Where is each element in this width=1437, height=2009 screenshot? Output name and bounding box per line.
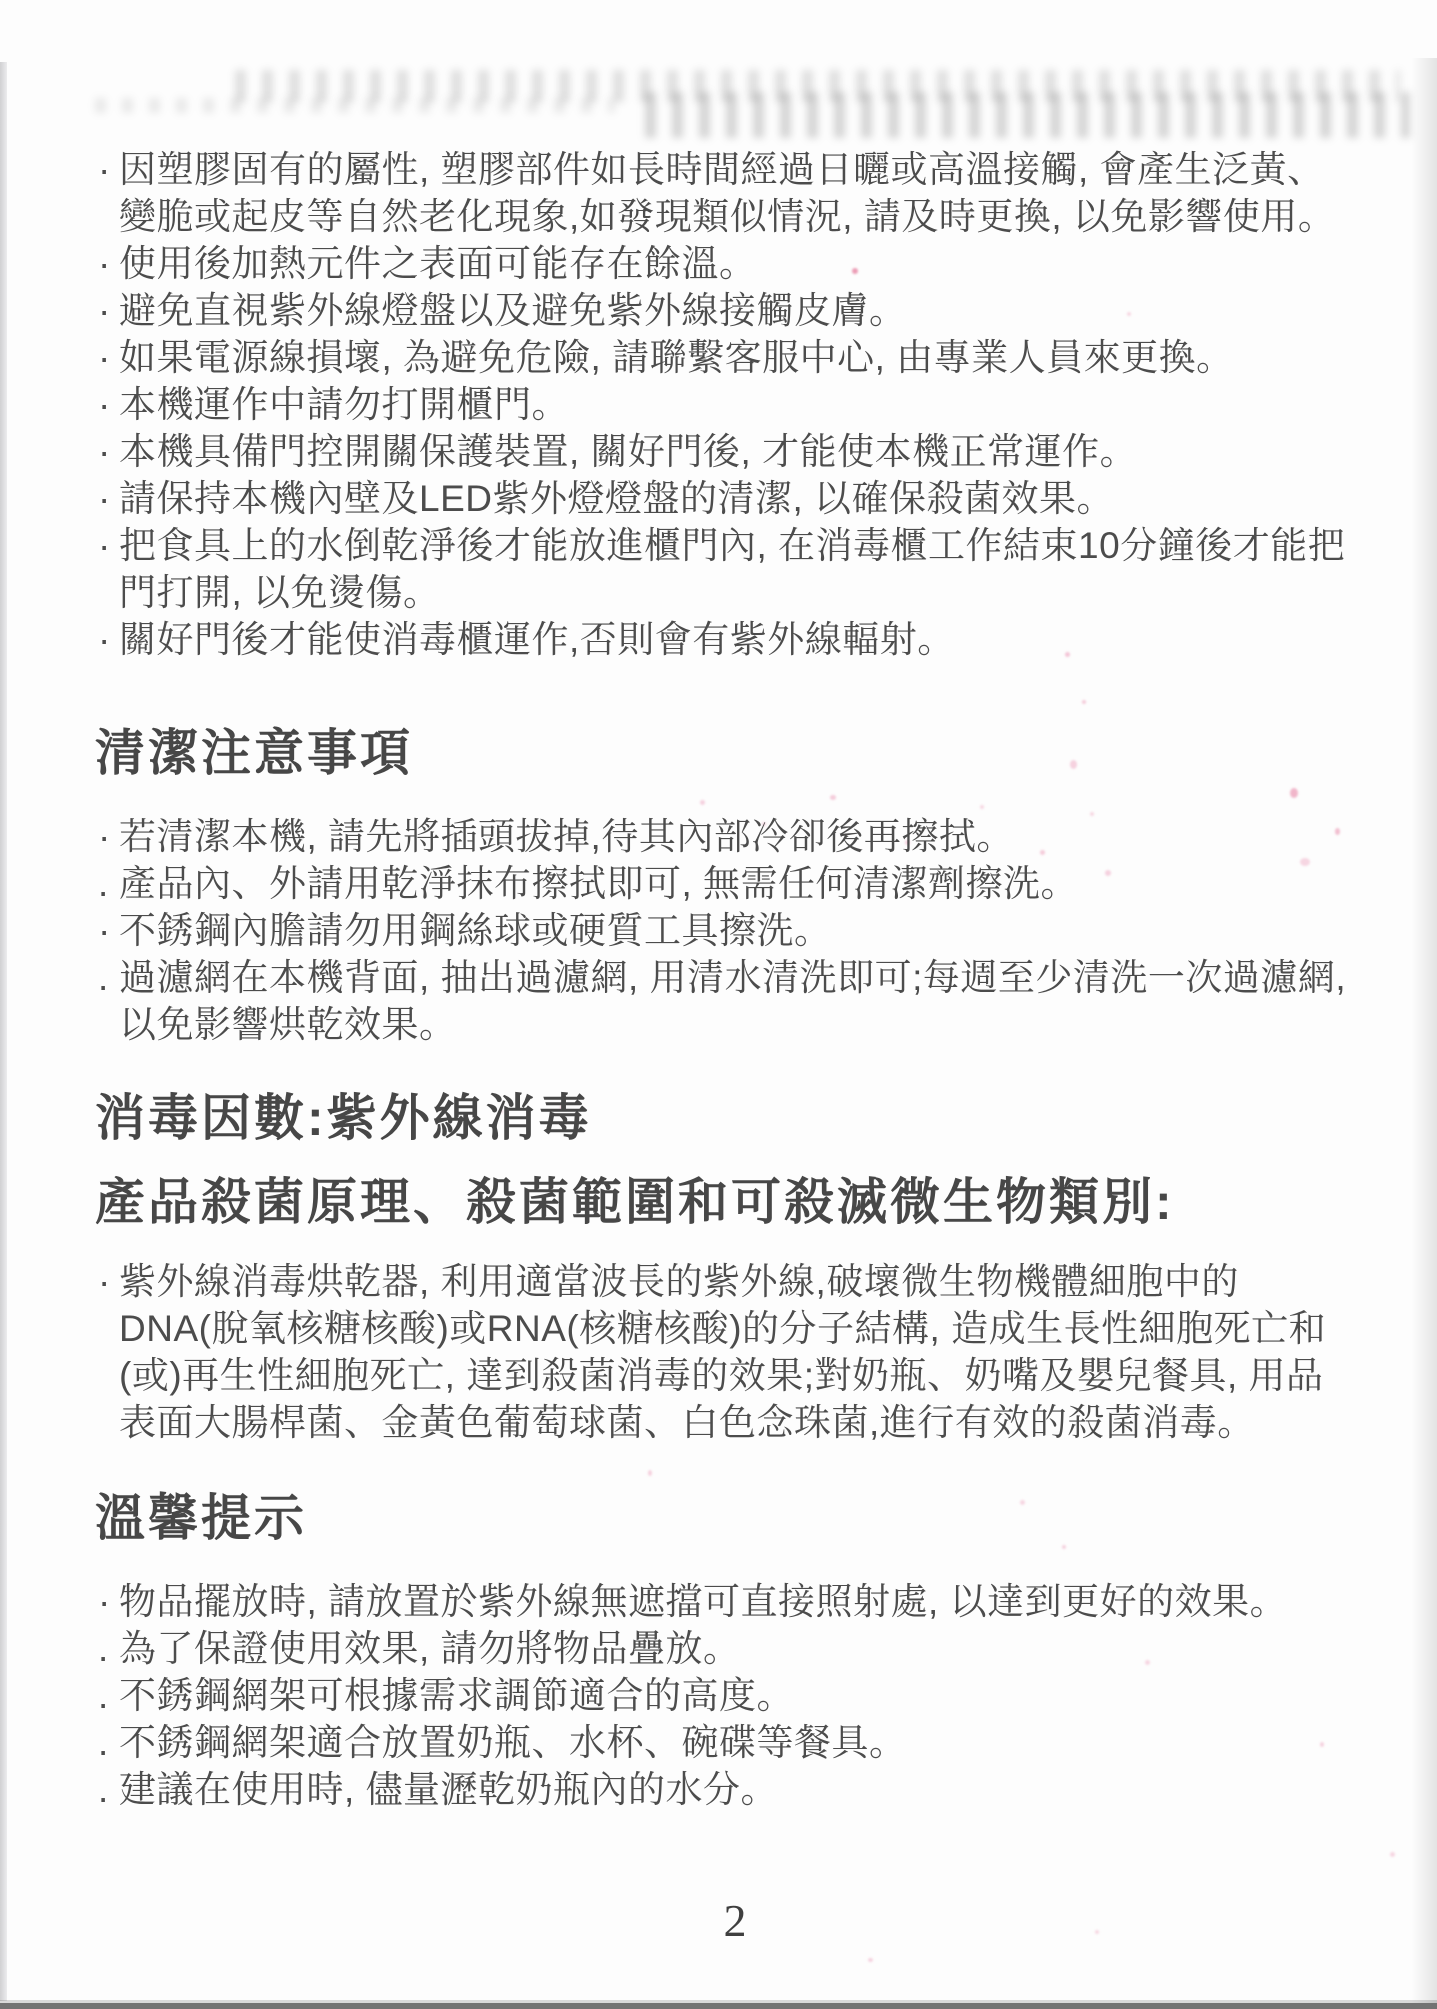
- bullet: .: [98, 954, 109, 1001]
- tip-item: ·物品擺放時, 請放置於紫外線無遮擋可直接照射處, 以達到更好的效果。: [95, 1578, 1353, 1625]
- bullet: ·: [98, 813, 111, 860]
- bullet: .: [98, 860, 109, 907]
- cleaning-note-item: ·若清潔本機, 請先將插頭拔掉,待其內部冷卻後再擦拭。: [95, 813, 1353, 860]
- cleaning-note-item: ·不銹鋼內膽請勿用鋼絲球或硬質工具擦洗。: [95, 907, 1353, 954]
- manual-content: ·因塑膠固有的屬性, 塑膠部件如長時間經過日曬或高溫接觸, 會產生泛黃、變脆或起…: [95, 146, 1353, 1813]
- tips-section: ·物品擺放時, 請放置於紫外線無遮擋可直接照射處, 以達到更好的效果。 .為了保…: [95, 1578, 1353, 1813]
- tip-item: .為了保證使用效果, 請勿將物品疊放。: [95, 1625, 1353, 1672]
- cleaning-notes-section: ·若清潔本機, 請先將插頭拔掉,待其內部冷卻後再擦拭。 .產品內、外請用乾淨抹布…: [95, 813, 1353, 1048]
- bullet: ·: [98, 146, 111, 193]
- cleaning-note-item: .產品內、外請用乾淨抹布擦拭即可, 無需任何清潔劑擦洗。: [95, 860, 1353, 907]
- bullet: .: [98, 1625, 109, 1672]
- bullet: ·: [98, 1258, 111, 1305]
- safety-note-item: ·因塑膠固有的屬性, 塑膠部件如長時間經過日曬或高溫接觸, 會產生泛黃、變脆或起…: [95, 146, 1353, 240]
- page-edge-shadow-left: [0, 62, 7, 2001]
- page-edge-shadow-right: [1411, 58, 1437, 2009]
- note-text: 若清潔本機, 請先將插頭拔掉,待其內部冷卻後再擦拭。: [119, 816, 1014, 857]
- note-text: 避免直視紫外線燈盤以及避免紫外線接觸皮膚。: [119, 290, 907, 331]
- bleed-through-text: [645, 92, 1410, 138]
- cleaning-section-heading: 清潔注意事項: [95, 723, 1353, 783]
- sterilization-principle-heading: 產品殺菌原理、殺菌範圍和可殺滅微生物類別:: [95, 1172, 1353, 1232]
- disinfection-factor-heading: 消毒因數:紫外線消毒: [95, 1088, 1353, 1148]
- page-number: 2: [0, 1894, 1437, 1947]
- tips-section-heading: 溫馨提示: [95, 1488, 1353, 1548]
- note-text: 本機運作中請勿打開櫃門。: [119, 384, 569, 425]
- scanned-page: ·因塑膠固有的屬性, 塑膠部件如長時間經過日曬或高溫接觸, 會產生泛黃、變脆或起…: [0, 0, 1437, 2009]
- note-text: 請保持本機內壁及LED紫外燈燈盤的清潔, 以確保殺菌效果。: [119, 478, 1114, 519]
- safety-note-item: ·關好門後才能使消毒櫃運作,否則會有紫外線輻射。: [95, 616, 1353, 663]
- safety-note-item: ·避免直視紫外線燈盤以及避免紫外線接觸皮膚。: [95, 287, 1353, 334]
- note-text: 如果電源線損壞, 為避免危險, 請聯繫客服中心, 由專業人員來更換。: [119, 337, 1234, 378]
- note-text: 關好門後才能使消毒櫃運作,否則會有紫外線輻射。: [119, 619, 955, 660]
- bullet: ·: [98, 287, 111, 334]
- bullet: .: [98, 1719, 109, 1766]
- bullet: ·: [98, 381, 111, 428]
- bullet: ·: [98, 428, 111, 475]
- paragraph-text: 紫外線消毒烘乾器, 利用適當波長的紫外線,破壞微生物機體細胞中的DNA(脫氧核糖…: [119, 1261, 1326, 1443]
- note-text: 把食具上的水倒乾淨後才能放進櫃門內, 在消毒櫃工作結束10分鐘後才能把門打開, …: [119, 525, 1345, 613]
- note-text: 建議在使用時, 儘量瀝乾奶瓶內的水分。: [119, 1769, 778, 1810]
- tip-item: .不銹鋼網架適合放置奶瓶、水杯、碗碟等餐具。: [95, 1719, 1353, 1766]
- bullet: .: [98, 1672, 109, 1719]
- bullet: ·: [98, 616, 111, 663]
- safety-note-item: ·使用後加熱元件之表面可能存在餘溫。: [95, 240, 1353, 287]
- bullet: ·: [98, 475, 111, 522]
- note-text: 不銹鋼內膽請勿用鋼絲球或硬質工具擦洗。: [119, 910, 832, 951]
- bullet: ·: [98, 240, 111, 287]
- note-text: 因塑膠固有的屬性, 塑膠部件如長時間經過日曬或高溫接觸, 會產生泛黃、變脆或起皮…: [119, 149, 1335, 237]
- note-text: 本機具備門控開關保護裝置, 關好門後, 才能使本機正常運作。: [119, 431, 1137, 472]
- safety-note-item: ·把食具上的水倒乾淨後才能放進櫃門內, 在消毒櫃工作結束10分鐘後才能把門打開,…: [95, 522, 1353, 616]
- bullet: ·: [98, 1578, 111, 1625]
- page-edge-shadow-bottom: [0, 2000, 1437, 2009]
- safety-note-item: ·如果電源線損壞, 為避免危險, 請聯繫客服中心, 由專業人員來更換。: [95, 334, 1353, 381]
- safety-note-item: ·請保持本機內壁及LED紫外燈燈盤的清潔, 以確保殺菌效果。: [95, 475, 1353, 522]
- note-text: 物品擺放時, 請放置於紫外線無遮擋可直接照射處, 以達到更好的效果。: [119, 1581, 1287, 1622]
- note-text: 使用後加熱元件之表面可能存在餘溫。: [119, 243, 757, 284]
- bullet: ·: [98, 907, 111, 954]
- safety-note-item: ·本機運作中請勿打開櫃門。: [95, 381, 1353, 428]
- bullet: ·: [98, 334, 111, 381]
- tip-item: .建議在使用時, 儘量瀝乾奶瓶內的水分。: [95, 1766, 1353, 1813]
- bleed-through-text: [95, 98, 615, 113]
- note-text: 產品內、外請用乾淨抹布擦拭即可, 無需任何清潔劑擦洗。: [119, 863, 1078, 904]
- safety-note-item: ·本機具備門控開關保護裝置, 關好門後, 才能使本機正常運作。: [95, 428, 1353, 475]
- note-text: 不銹鋼網架適合放置奶瓶、水杯、碗碟等餐具。: [119, 1722, 907, 1763]
- tip-item: .不銹鋼網架可根據需求調節適合的高度。: [95, 1672, 1353, 1719]
- bullet: .: [98, 1766, 109, 1813]
- note-text: 過濾網在本機背面, 抽出過濾網, 用清水清洗即可;每週至少清洗一次過濾網,以免影…: [119, 957, 1346, 1045]
- safety-notes-section: ·因塑膠固有的屬性, 塑膠部件如長時間經過日曬或高溫接觸, 會產生泛黃、變脆或起…: [95, 146, 1353, 663]
- sterilization-principle-paragraph: ·紫外線消毒烘乾器, 利用適當波長的紫外線,破壞微生物機體細胞中的DNA(脫氧核…: [95, 1258, 1353, 1446]
- bullet: ·: [98, 522, 111, 569]
- cleaning-note-item: .過濾網在本機背面, 抽出過濾網, 用清水清洗即可;每週至少清洗一次過濾網,以免…: [95, 954, 1353, 1048]
- note-text: 為了保證使用效果, 請勿將物品疊放。: [119, 1628, 741, 1669]
- note-text: 不銹鋼網架可根據需求調節適合的高度。: [119, 1675, 794, 1716]
